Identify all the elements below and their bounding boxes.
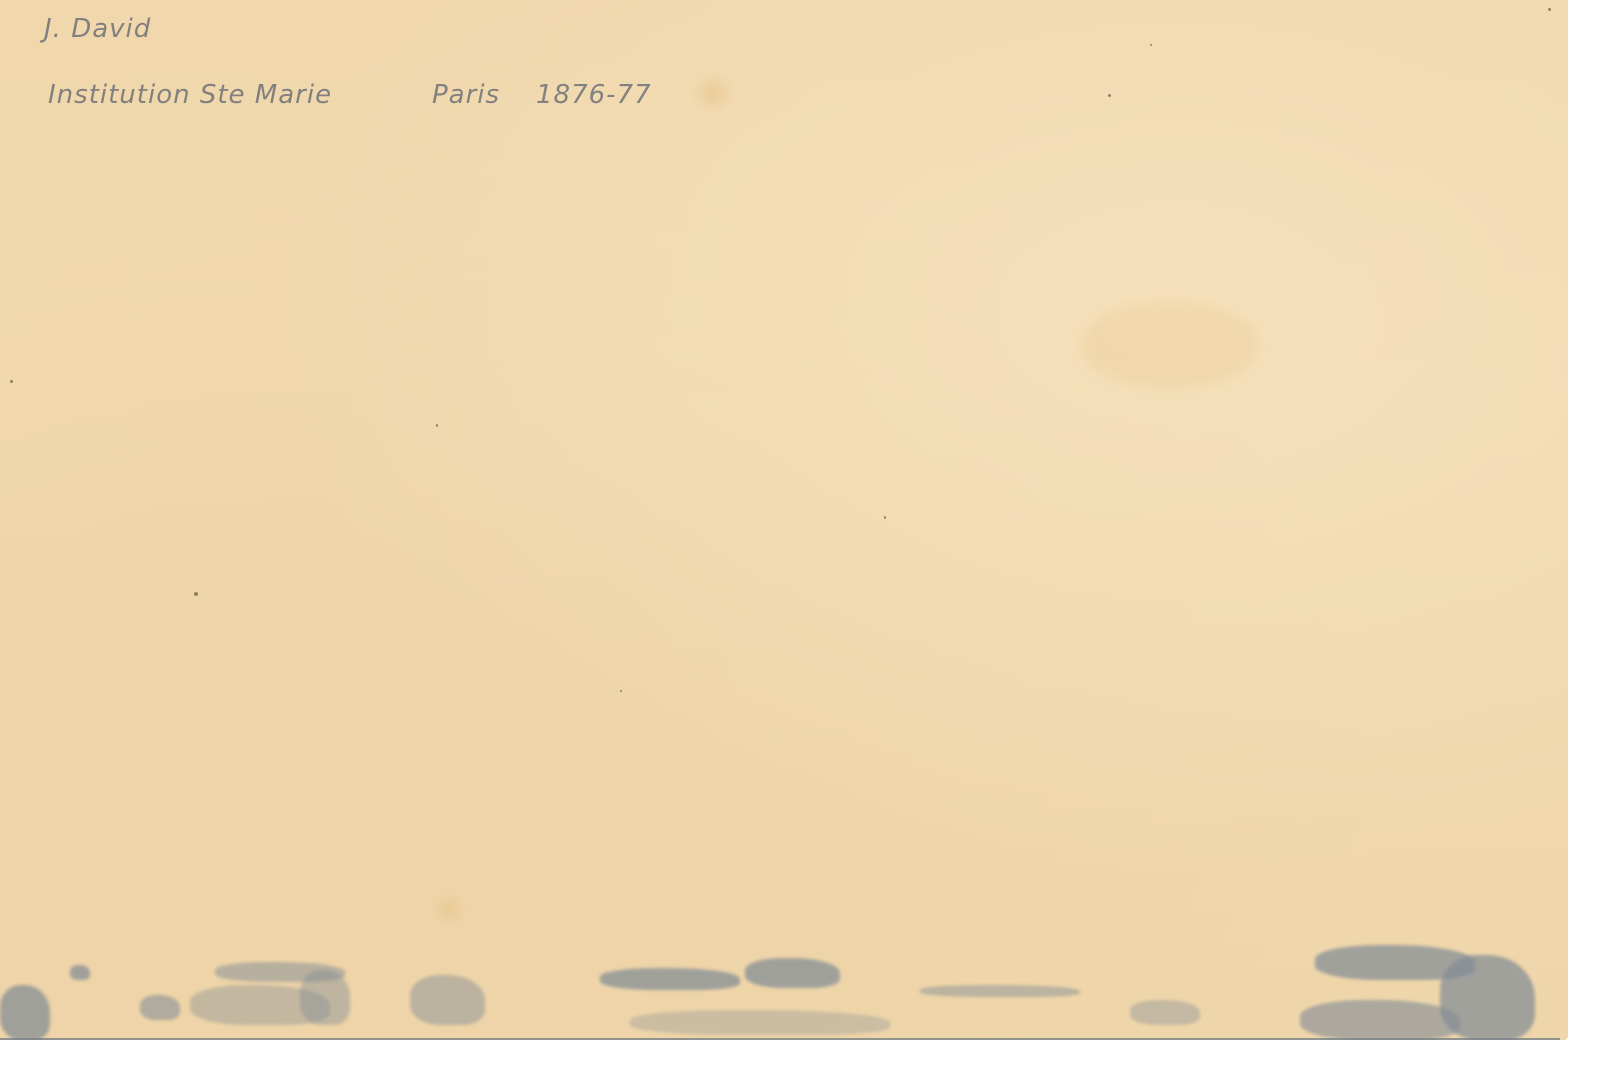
photo-card-back: J. David Institution Ste Marie Paris 187…: [0, 0, 1568, 1040]
handwritten-city: Paris: [432, 80, 500, 110]
paper-speck: [10, 380, 13, 383]
mount-residue: [1130, 1000, 1200, 1025]
paper-speck: [1108, 94, 1111, 97]
mount-residue: [140, 995, 180, 1020]
scan-margin: [0, 1040, 1600, 1065]
mount-residue: [0, 985, 50, 1040]
mount-residue: [745, 958, 840, 988]
handwritten-institution: Institution Ste Marie: [48, 80, 332, 110]
mount-residue: [1300, 1000, 1460, 1040]
mount-residue: [600, 968, 740, 990]
paper-stain: [1080, 300, 1260, 390]
paper-speck: [884, 516, 886, 519]
handwritten-years: 1876-77: [536, 80, 652, 110]
paper-stain: [440, 900, 458, 918]
mount-residue: [300, 970, 350, 1025]
paper-speck: [436, 424, 438, 427]
mount-residue: [70, 965, 90, 980]
paper-speck: [194, 592, 198, 596]
paper-speck: [620, 690, 622, 692]
mount-residue: [410, 975, 485, 1025]
mount-residue: [630, 1010, 890, 1035]
paper-stain: [700, 80, 726, 106]
mount-residue: [920, 985, 1080, 997]
paper-speck: [1548, 8, 1551, 11]
handwritten-name: J. David: [44, 14, 151, 44]
paper-speck: [1150, 44, 1152, 46]
